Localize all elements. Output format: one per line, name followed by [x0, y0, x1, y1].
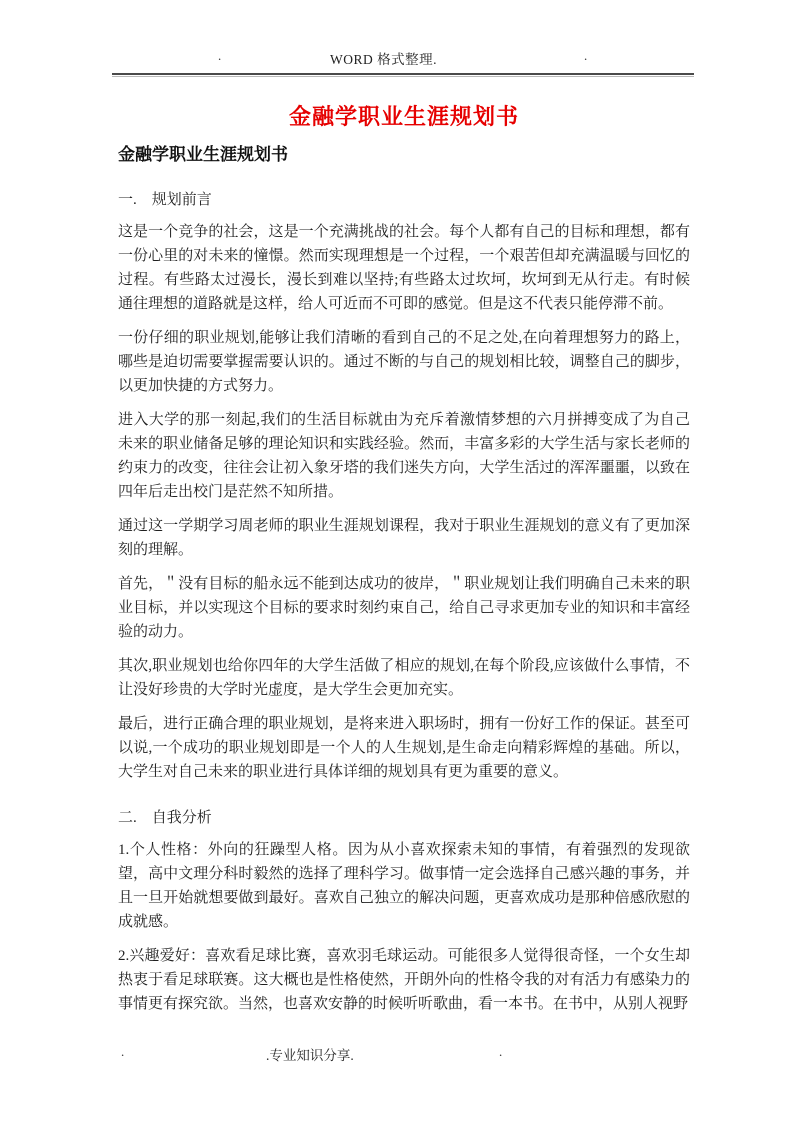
header-left-dot: . [218, 48, 221, 64]
header-right-dot: . [584, 48, 587, 64]
document-body: 金融学职业生涯规划书 金融学职业生涯规划书 一. 规划前言 这是一个竞争的社会，… [0, 77, 793, 1016]
paragraph: 最后，进行正确合理的职业规划，是将来进入职场时，拥有一份好工作的保证。甚至可以说… [118, 712, 690, 784]
footer-right-dot: . [499, 1044, 502, 1060]
document-subtitle: 金融学职业生涯规划书 [118, 144, 690, 166]
footer-text: .专业知识分享. [266, 1044, 354, 1064]
paragraph: 其次,职业规划也给你四年的大学生活做了相应的规划,在每个阶段,应该做什么事情，不… [118, 654, 690, 702]
section-heading-2: 二. 自我分析 [118, 808, 690, 828]
document-title: 金融学职业生涯规划书 [118, 102, 690, 132]
paragraph: 2.兴趣爱好：喜欢看足球比赛，喜欢羽毛球运动。可能很多人觉得很奇怪，一个女生却热… [118, 944, 690, 1016]
page-header: . WORD 格式整理. . [0, 0, 793, 77]
paragraph: 通过这一学期学习周老师的职业生涯规划课程，我对于职业生涯规划的意义有了更加深刻的… [118, 514, 690, 562]
paragraph: 这是一个竞争的社会，这是一个充满挑战的社会。每个人都有自己的目标和理想，都有一份… [118, 220, 690, 316]
header-title: WORD 格式整理. [330, 48, 437, 68]
section-heading-1: 一. 规划前言 [118, 190, 690, 210]
footer-left-dot: . [121, 1044, 124, 1060]
paragraph: 首先，＂没有目标的船永远不能到达成功的彼岸，＂职业规划让我们明确自己未来的职业目… [118, 572, 690, 644]
paragraph: 1.个人性格：外向的狂躁型人格。因为从小喜欢探索未知的事情，有着强烈的发现欲望，… [118, 838, 690, 934]
document-page: . WORD 格式整理. . 金融学职业生涯规划书 金融学职业生涯规划书 一. … [0, 0, 793, 1122]
paragraph: 进入大学的那一刻起,我们的生活目标就由为充斥着激情梦想的六月拼搏变成了为自己未来… [118, 408, 690, 504]
paragraph: 一份仔细的职业规划,能够让我们清晰的看到自己的不足之处,在向着理想努力的路上，哪… [118, 326, 690, 398]
page-footer: . .专业知识分享. . [0, 1038, 793, 1068]
